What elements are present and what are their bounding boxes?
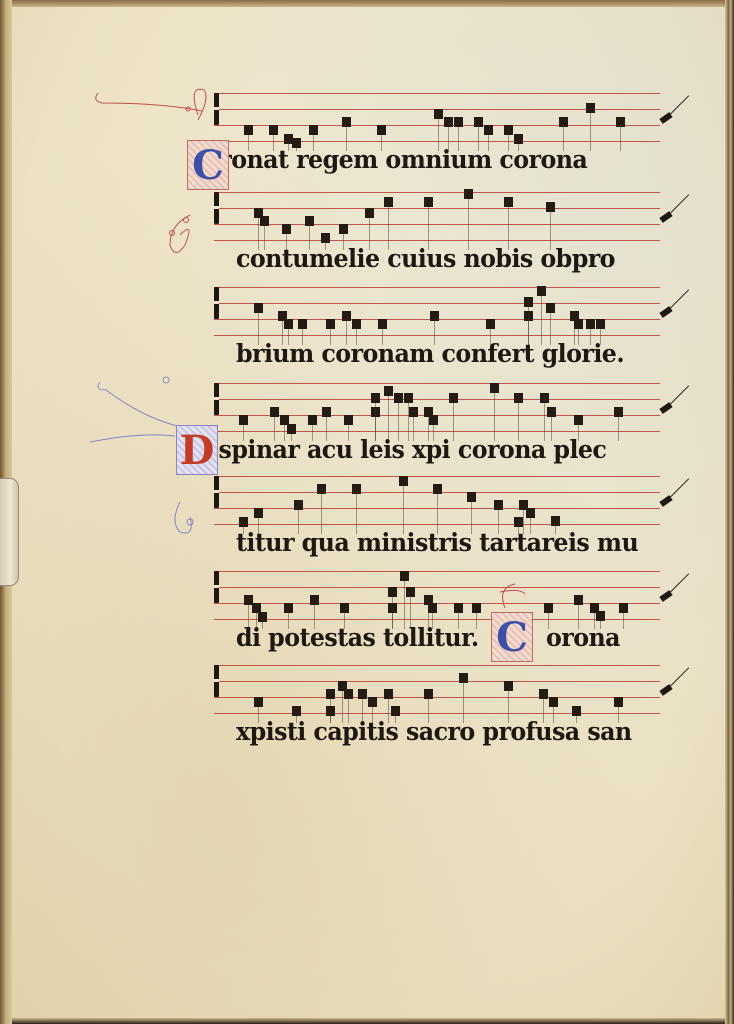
lyric-line: espinar acu leis xpi corona plec <box>204 435 628 465</box>
staff-line <box>214 697 660 698</box>
neume-note <box>292 706 301 716</box>
neume-note <box>434 109 443 119</box>
lyric-line: oronat regem omnium corona <box>204 145 628 175</box>
staff-line <box>214 571 660 572</box>
neume-note <box>484 125 493 135</box>
neume-note <box>539 689 548 699</box>
neume-note <box>326 319 335 329</box>
neume-note <box>464 189 473 199</box>
c-clef-icon <box>214 93 219 125</box>
neume-note <box>287 424 296 434</box>
staff-line <box>214 681 660 682</box>
music-system-3: brium coronam confert glorie. <box>214 287 660 335</box>
neume-note <box>365 208 374 218</box>
neume-note <box>399 476 408 486</box>
staff-line <box>214 383 660 384</box>
neume-note <box>504 681 513 691</box>
music-system-2: contumelie cuius nobis obpro <box>214 192 660 240</box>
neume-note <box>559 117 568 127</box>
neume-note <box>342 311 351 321</box>
staff-line <box>214 476 660 477</box>
neume-note <box>494 500 503 510</box>
neume-note <box>424 689 433 699</box>
neume-note <box>260 216 269 226</box>
staff-line <box>214 224 660 225</box>
ruling-line <box>403 486 404 534</box>
neume-note <box>409 407 418 417</box>
neume-note <box>254 508 263 518</box>
neume-note <box>474 117 483 127</box>
neume-note <box>322 407 331 417</box>
neume-note <box>467 492 476 502</box>
neume-note <box>551 516 560 526</box>
neume-note <box>371 393 380 403</box>
neume-note <box>430 311 439 321</box>
neume-note <box>358 689 367 699</box>
staff-line <box>214 335 660 336</box>
neume-note <box>284 319 293 329</box>
neume-note <box>574 595 583 605</box>
neume-note <box>504 125 513 135</box>
ruling-line <box>468 199 469 250</box>
staff-line <box>214 287 660 288</box>
neume-note <box>258 612 267 622</box>
neume-note <box>546 202 555 212</box>
neume-note <box>586 319 595 329</box>
neume-note <box>486 319 495 329</box>
ruling-line <box>541 296 542 345</box>
neume-note <box>352 484 361 494</box>
neume-note <box>270 407 279 417</box>
neume-note <box>400 571 409 581</box>
neume-note <box>596 611 605 621</box>
book-top-edge <box>0 0 734 7</box>
ruling-line <box>404 581 405 629</box>
lyric-line: brium coronam confert glorie. <box>236 339 660 369</box>
neume-note <box>321 233 330 243</box>
staff-line <box>214 587 660 588</box>
neume-note <box>444 117 453 127</box>
neume-note <box>340 603 349 613</box>
neume-note <box>342 117 351 127</box>
music-system-4: espinar acu leis xpi corona plec <box>214 383 660 431</box>
book-gutter-edge <box>725 0 734 1024</box>
neume-note <box>454 117 463 127</box>
c-clef-icon <box>214 571 219 603</box>
lyric-line-continuation: orona <box>546 623 734 653</box>
neume-note <box>406 587 415 597</box>
neume-note <box>254 697 263 707</box>
music-system-6: di potestas tollitur. orona <box>214 571 660 619</box>
neume-note <box>326 689 335 699</box>
staff-line <box>214 141 660 142</box>
neume-note <box>239 415 248 425</box>
neume-note <box>459 673 468 683</box>
music-system-1: oronat regem omnium corona <box>214 93 660 141</box>
neume-note <box>368 697 377 707</box>
neume-note <box>388 587 397 597</box>
neume-note <box>352 319 361 329</box>
neume-note <box>546 303 555 313</box>
neume-note <box>524 297 533 307</box>
staff-line <box>214 125 660 126</box>
neume-note <box>574 319 583 329</box>
neume-note <box>282 224 291 234</box>
neume-note <box>391 706 400 716</box>
staff-line <box>214 303 660 304</box>
neume-note <box>254 303 263 313</box>
music-system-7: xpisti capitis sacro profusa san <box>214 665 660 713</box>
neume-note <box>294 500 303 510</box>
illuminated-initial-d: D <box>176 425 218 475</box>
neume-note <box>298 319 307 329</box>
neume-note <box>490 383 499 393</box>
neume-note <box>344 415 353 425</box>
neume-note <box>429 415 438 425</box>
neume-note <box>433 484 442 494</box>
neume-note <box>284 603 293 613</box>
c-clef-icon <box>214 665 219 697</box>
staff-line <box>214 431 660 432</box>
staff-line <box>214 665 660 666</box>
c-clef-icon <box>214 383 219 415</box>
staff-line <box>214 192 660 193</box>
illuminated-initial-c: C <box>187 140 229 190</box>
c-clef-icon <box>214 476 219 508</box>
neume-note <box>616 117 625 127</box>
neume-note <box>572 706 581 716</box>
neume-note <box>514 393 523 403</box>
c-clef-icon <box>214 192 219 224</box>
neume-note <box>326 706 335 716</box>
neume-note <box>239 517 248 527</box>
neume-note <box>269 125 278 135</box>
neume-note <box>384 689 393 699</box>
c-clef-icon <box>214 287 219 319</box>
neume-note <box>472 603 481 613</box>
neume-note <box>547 407 556 417</box>
neume-note <box>308 415 317 425</box>
staff-line <box>214 399 660 400</box>
neume-note <box>540 393 549 403</box>
lyric-line: contumelie cuius nobis obpro <box>236 244 660 274</box>
neume-note <box>339 224 348 234</box>
neume-note <box>404 393 413 403</box>
neume-note <box>504 197 513 207</box>
lyric-line: titur qua ministris tartareis mu <box>236 528 660 558</box>
neume-note <box>344 689 353 699</box>
neume-note <box>305 216 314 226</box>
neume-note <box>526 508 535 518</box>
neume-note <box>310 595 319 605</box>
neume-note <box>586 103 595 113</box>
neume-note <box>454 603 463 613</box>
illuminated-initial-c: C <box>491 612 533 662</box>
staff-line <box>214 93 660 94</box>
neume-note <box>378 319 387 329</box>
neume-note <box>309 125 318 135</box>
neume-note <box>394 393 403 403</box>
neume-note <box>614 697 623 707</box>
neume-note <box>424 197 433 207</box>
neume-note <box>384 386 393 396</box>
neume-note <box>537 286 546 296</box>
music-system-5: titur qua ministris tartareis mu <box>214 476 660 524</box>
staff-line <box>214 208 660 209</box>
neume-note <box>449 393 458 403</box>
neume-note <box>388 603 397 613</box>
neume-note <box>428 603 437 613</box>
neume-note <box>619 603 628 613</box>
lyric-line: xpisti capitis sacro profusa san <box>236 717 660 747</box>
neume-note <box>244 125 253 135</box>
neume-note <box>544 603 553 613</box>
neume-note <box>596 319 605 329</box>
neume-note <box>317 484 326 494</box>
neume-note <box>514 517 523 527</box>
book-bottom-edge <box>0 1018 734 1024</box>
neume-note <box>614 407 623 417</box>
staff-line <box>214 713 660 714</box>
neume-note <box>574 415 583 425</box>
neume-note <box>514 134 523 144</box>
neume-note <box>549 697 558 707</box>
staff-line <box>214 240 660 241</box>
neume-note <box>384 197 393 207</box>
neume-note <box>377 125 386 135</box>
ruling-line <box>494 393 495 441</box>
book-clasp <box>0 478 19 586</box>
